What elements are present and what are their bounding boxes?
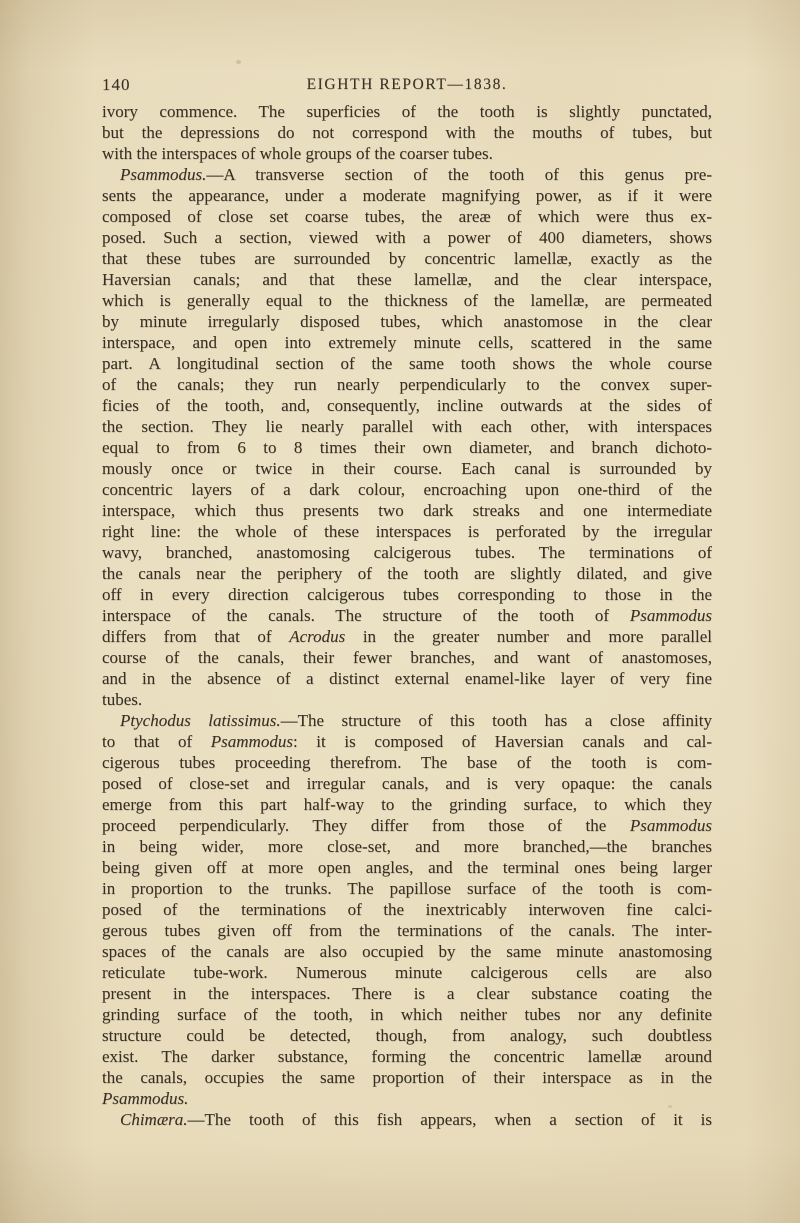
text-line: off in every direction calcigerous tubes…	[102, 584, 712, 605]
text-segment: grinding surface of the tooth, in which …	[102, 1005, 712, 1024]
text-line: with the interspaces of whole groups of …	[102, 143, 712, 164]
text-segment: wavy, branched, anastomosing calcigerous…	[102, 543, 712, 562]
text-line: interspace, and open into extremely minu…	[102, 332, 712, 353]
text-line: mously once or twice in their course. Ea…	[102, 458, 712, 479]
text-segment: the section. They lie nearly parallel wi…	[102, 417, 712, 436]
text-segment: being given off at more open angles, and…	[102, 858, 712, 877]
text-line: structure could be detected, though, fro…	[102, 1025, 712, 1046]
text-segment: spaces of the canals are also occupied b…	[102, 942, 712, 961]
text-segment: exist. The darker substance, forming the…	[102, 1047, 712, 1066]
text-line: cigerous tubes proceeding therefrom. The…	[102, 752, 712, 773]
text-segment: and in the absence of a distinct externa…	[102, 669, 712, 688]
species-name: Acrodus	[289, 627, 345, 646]
text-line: present in the interspaces. There is a c…	[102, 983, 712, 1004]
text-segment: that these tubes are surrounded by conce…	[102, 249, 712, 268]
text-line: part. A longitudinal section of the same…	[102, 353, 712, 374]
species-name: Chimæra.	[120, 1110, 188, 1129]
text-line: spaces of the canals are also occupied b…	[102, 941, 712, 962]
text-line: tubes.	[102, 689, 712, 710]
text-line: reticulate tube-work. Numerous minute ca…	[102, 962, 712, 983]
text-line: which is generally equal to the thicknes…	[102, 290, 712, 311]
species-name: Psammodus.	[102, 1089, 188, 1108]
text-line: being given off at more open angles, and…	[102, 857, 712, 878]
text-segment: posed. Such a section, viewed with a pow…	[102, 228, 712, 247]
text-segment: —A transverse section of the tooth of th…	[206, 165, 712, 184]
text-segment: interspace, and open into extremely minu…	[102, 333, 712, 352]
text-line: in proportion to the trunks. The papillo…	[102, 878, 712, 899]
text-segment: concentric layers of a dark colour, encr…	[102, 480, 712, 499]
text-segment: tubes.	[102, 690, 142, 709]
text-segment: present in the interspaces. There is a c…	[102, 984, 712, 1003]
text-segment: the canals, occupies the same proportion…	[102, 1068, 712, 1087]
text-line: course of the canals, their fewer branch…	[102, 647, 712, 668]
text-segment: off in every direction calcigerous tubes…	[102, 585, 712, 604]
text-line: emerge from this part half-way to the gr…	[102, 794, 712, 815]
text-segment: in being wider, more close-set, and more…	[102, 837, 712, 856]
text-line: of the canals; they run nearly perpendic…	[102, 374, 712, 395]
text-line: sents the appearance, under a moderate m…	[102, 185, 712, 206]
text-segment: course of the canals, their fewer branch…	[102, 648, 712, 667]
text-segment: cigerous tubes proceeding therefrom. The…	[102, 753, 712, 772]
species-name: Psammodus	[211, 732, 293, 751]
text-line: and in the absence of a distinct externa…	[102, 668, 712, 689]
text-segment: part. A longitudinal section of the same…	[102, 354, 712, 373]
text-segment: by minute irregularly disposed tubes, wh…	[102, 312, 712, 331]
text-segment: proceed perpendicularly. They differ fro…	[102, 816, 630, 835]
text-segment: reticulate tube-work. Numerous minute ca…	[102, 963, 712, 982]
text-segment: of the canals; they run nearly perpendic…	[102, 375, 712, 394]
text-segment: interspace, which thus presents two dark…	[102, 501, 712, 520]
text-line: by minute irregularly disposed tubes, wh…	[102, 311, 712, 332]
text-line: ficies of the tooth, and, consequently, …	[102, 395, 712, 416]
text-segment: composed of close set coarse tubes, the …	[102, 207, 712, 226]
text-line: composed of close set coarse tubes, the …	[102, 206, 712, 227]
species-name: Psammodus.	[120, 165, 206, 184]
text-line: the section. They lie nearly parallel wi…	[102, 416, 712, 437]
text-line: Chimæra.—The tooth of this fish appears,…	[102, 1109, 712, 1130]
paper-speck	[236, 60, 241, 64]
text-segment: in proportion to the trunks. The papillo…	[102, 879, 712, 898]
text-segment: interspace of the canals. The structure …	[102, 606, 630, 625]
text-line: to that of Psammodus: it is composed of …	[102, 731, 712, 752]
text-segment: right line: the whole of these interspac…	[102, 522, 712, 541]
text-line: concentric layers of a dark colour, encr…	[102, 479, 712, 500]
text-line: the canals, occupies the same proportion…	[102, 1067, 712, 1088]
text-line: gerous tubes given off from the terminat…	[102, 920, 712, 941]
text-segment: mously once or twice in their course. Ea…	[102, 459, 712, 478]
text-line: Ptychodus latissimus.—The structure of t…	[102, 710, 712, 731]
text-line: proceed perpendicularly. They differ fro…	[102, 815, 712, 836]
text-line: grinding surface of the tooth, in which …	[102, 1004, 712, 1025]
text-segment: but the depressions do not correspond wi…	[102, 123, 712, 142]
species-name: Psammodus	[630, 816, 712, 835]
text-line: Psammodus.	[102, 1088, 712, 1109]
text-segment: ivory commence. The superficies of the t…	[102, 102, 712, 121]
text-line: posed of the terminations of the inextri…	[102, 899, 712, 920]
text-line: in being wider, more close-set, and more…	[102, 836, 712, 857]
text-segment: emerge from this part half-way to the gr…	[102, 795, 712, 814]
text-line: Haversian canals; and that these lamellæ…	[102, 269, 712, 290]
species-name: Psammodus	[630, 606, 712, 625]
text-segment: Haversian canals; and that these lamellæ…	[102, 270, 712, 289]
text-line: interspace, which thus presents two dark…	[102, 500, 712, 521]
text-line: interspace of the canals. The structure …	[102, 605, 712, 626]
species-name: Ptychodus latissimus.	[120, 711, 281, 730]
text-segment: differs from that of	[102, 627, 289, 646]
page-header: 140 EIGHTH REPORT—1838.	[102, 74, 712, 96]
book-page: { "colors": { "paper": "#e7dbba", "ink":…	[0, 0, 800, 1223]
text-segment: —The structure of this tooth has a close…	[281, 711, 712, 730]
text-line: right line: the whole of these interspac…	[102, 521, 712, 542]
text-segment: equal to from 6 to 8 times their own dia…	[102, 438, 712, 457]
text-segment: ficies of the tooth, and, consequently, …	[102, 396, 712, 415]
text-line: the canals near the periphery of the too…	[102, 563, 712, 584]
text-line: differs from that of Acrodus in the grea…	[102, 626, 712, 647]
text-segment: posed of close-set and irregular canals,…	[102, 774, 712, 793]
text-segment: sents the appearance, under a moderate m…	[102, 186, 712, 205]
text-segment: in the greater number and more parallel	[345, 627, 712, 646]
text-line: posed of close-set and irregular canals,…	[102, 773, 712, 794]
text-segment: structure could be detected, though, fro…	[102, 1026, 712, 1045]
page-number: 140	[102, 75, 131, 95]
running-head-title: EIGHTH REPORT—1838.	[102, 74, 712, 94]
text-line: ivory commence. The superficies of the t…	[102, 101, 712, 122]
text-segment: —The tooth of this fish appears, when a …	[188, 1110, 712, 1129]
text-segment: gerous tubes given off from the terminat…	[102, 921, 712, 940]
text-line: posed. Such a section, viewed with a pow…	[102, 227, 712, 248]
text-line: wavy, branched, anastomosing calcigerous…	[102, 542, 712, 563]
text-segment: which is generally equal to the thicknes…	[102, 291, 712, 310]
text-line: Psammodus.—A transverse section of the t…	[102, 164, 712, 185]
body-text: ivory commence. The superficies of the t…	[102, 101, 712, 1130]
text-segment: : it is composed of Haversian canals and…	[293, 732, 712, 751]
text-line: exist. The darker substance, forming the…	[102, 1046, 712, 1067]
text-segment: to that of	[102, 732, 211, 751]
text-line: that these tubes are surrounded by conce…	[102, 248, 712, 269]
text-segment: posed of the terminations of the inextri…	[102, 900, 712, 919]
text-segment: with the interspaces of whole groups of …	[102, 144, 493, 163]
text-line: equal to from 6 to 8 times their own dia…	[102, 437, 712, 458]
text-line: but the depressions do not correspond wi…	[102, 122, 712, 143]
text-segment: the canals near the periphery of the too…	[102, 564, 712, 583]
